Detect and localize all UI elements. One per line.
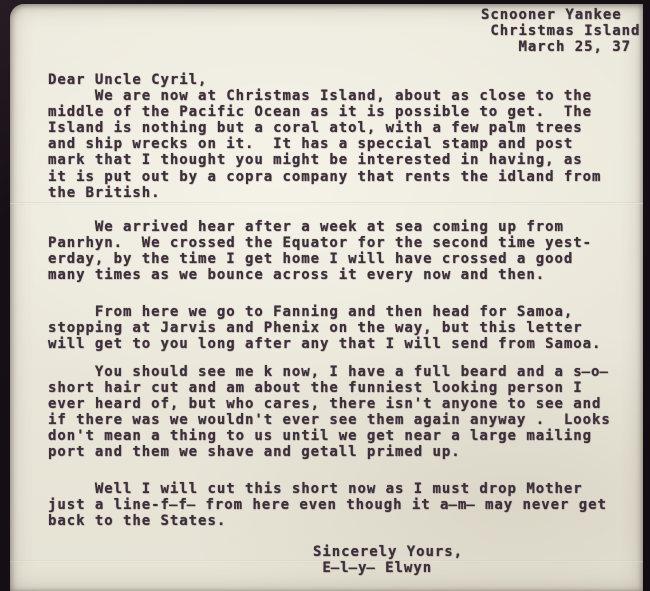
fold-crease bbox=[10, 202, 643, 205]
paragraph-beard: You should see me k now, I have a full b… bbox=[48, 364, 611, 461]
paragraph-closing: Well I will cut this short now as I must… bbox=[48, 481, 607, 529]
signature-block: Sincerely Yours, E̶l̶y̶ Elwyn bbox=[313, 544, 463, 576]
paragraph-arrival: We arrived hear after a week at sea comi… bbox=[48, 219, 592, 283]
letterhead: Scnooner Yankee Christmas Island March 2… bbox=[481, 7, 640, 55]
letter-paper: Scnooner Yankee Christmas Island March 2… bbox=[10, 4, 643, 591]
paragraph-salutation-and-intro: Dear Uncle Cyril, We are now at Christma… bbox=[48, 72, 601, 201]
paragraph-route: From here we go to Fanning and then head… bbox=[48, 304, 601, 352]
letter-scan: Scnooner Yankee Christmas Island March 2… bbox=[0, 0, 650, 591]
